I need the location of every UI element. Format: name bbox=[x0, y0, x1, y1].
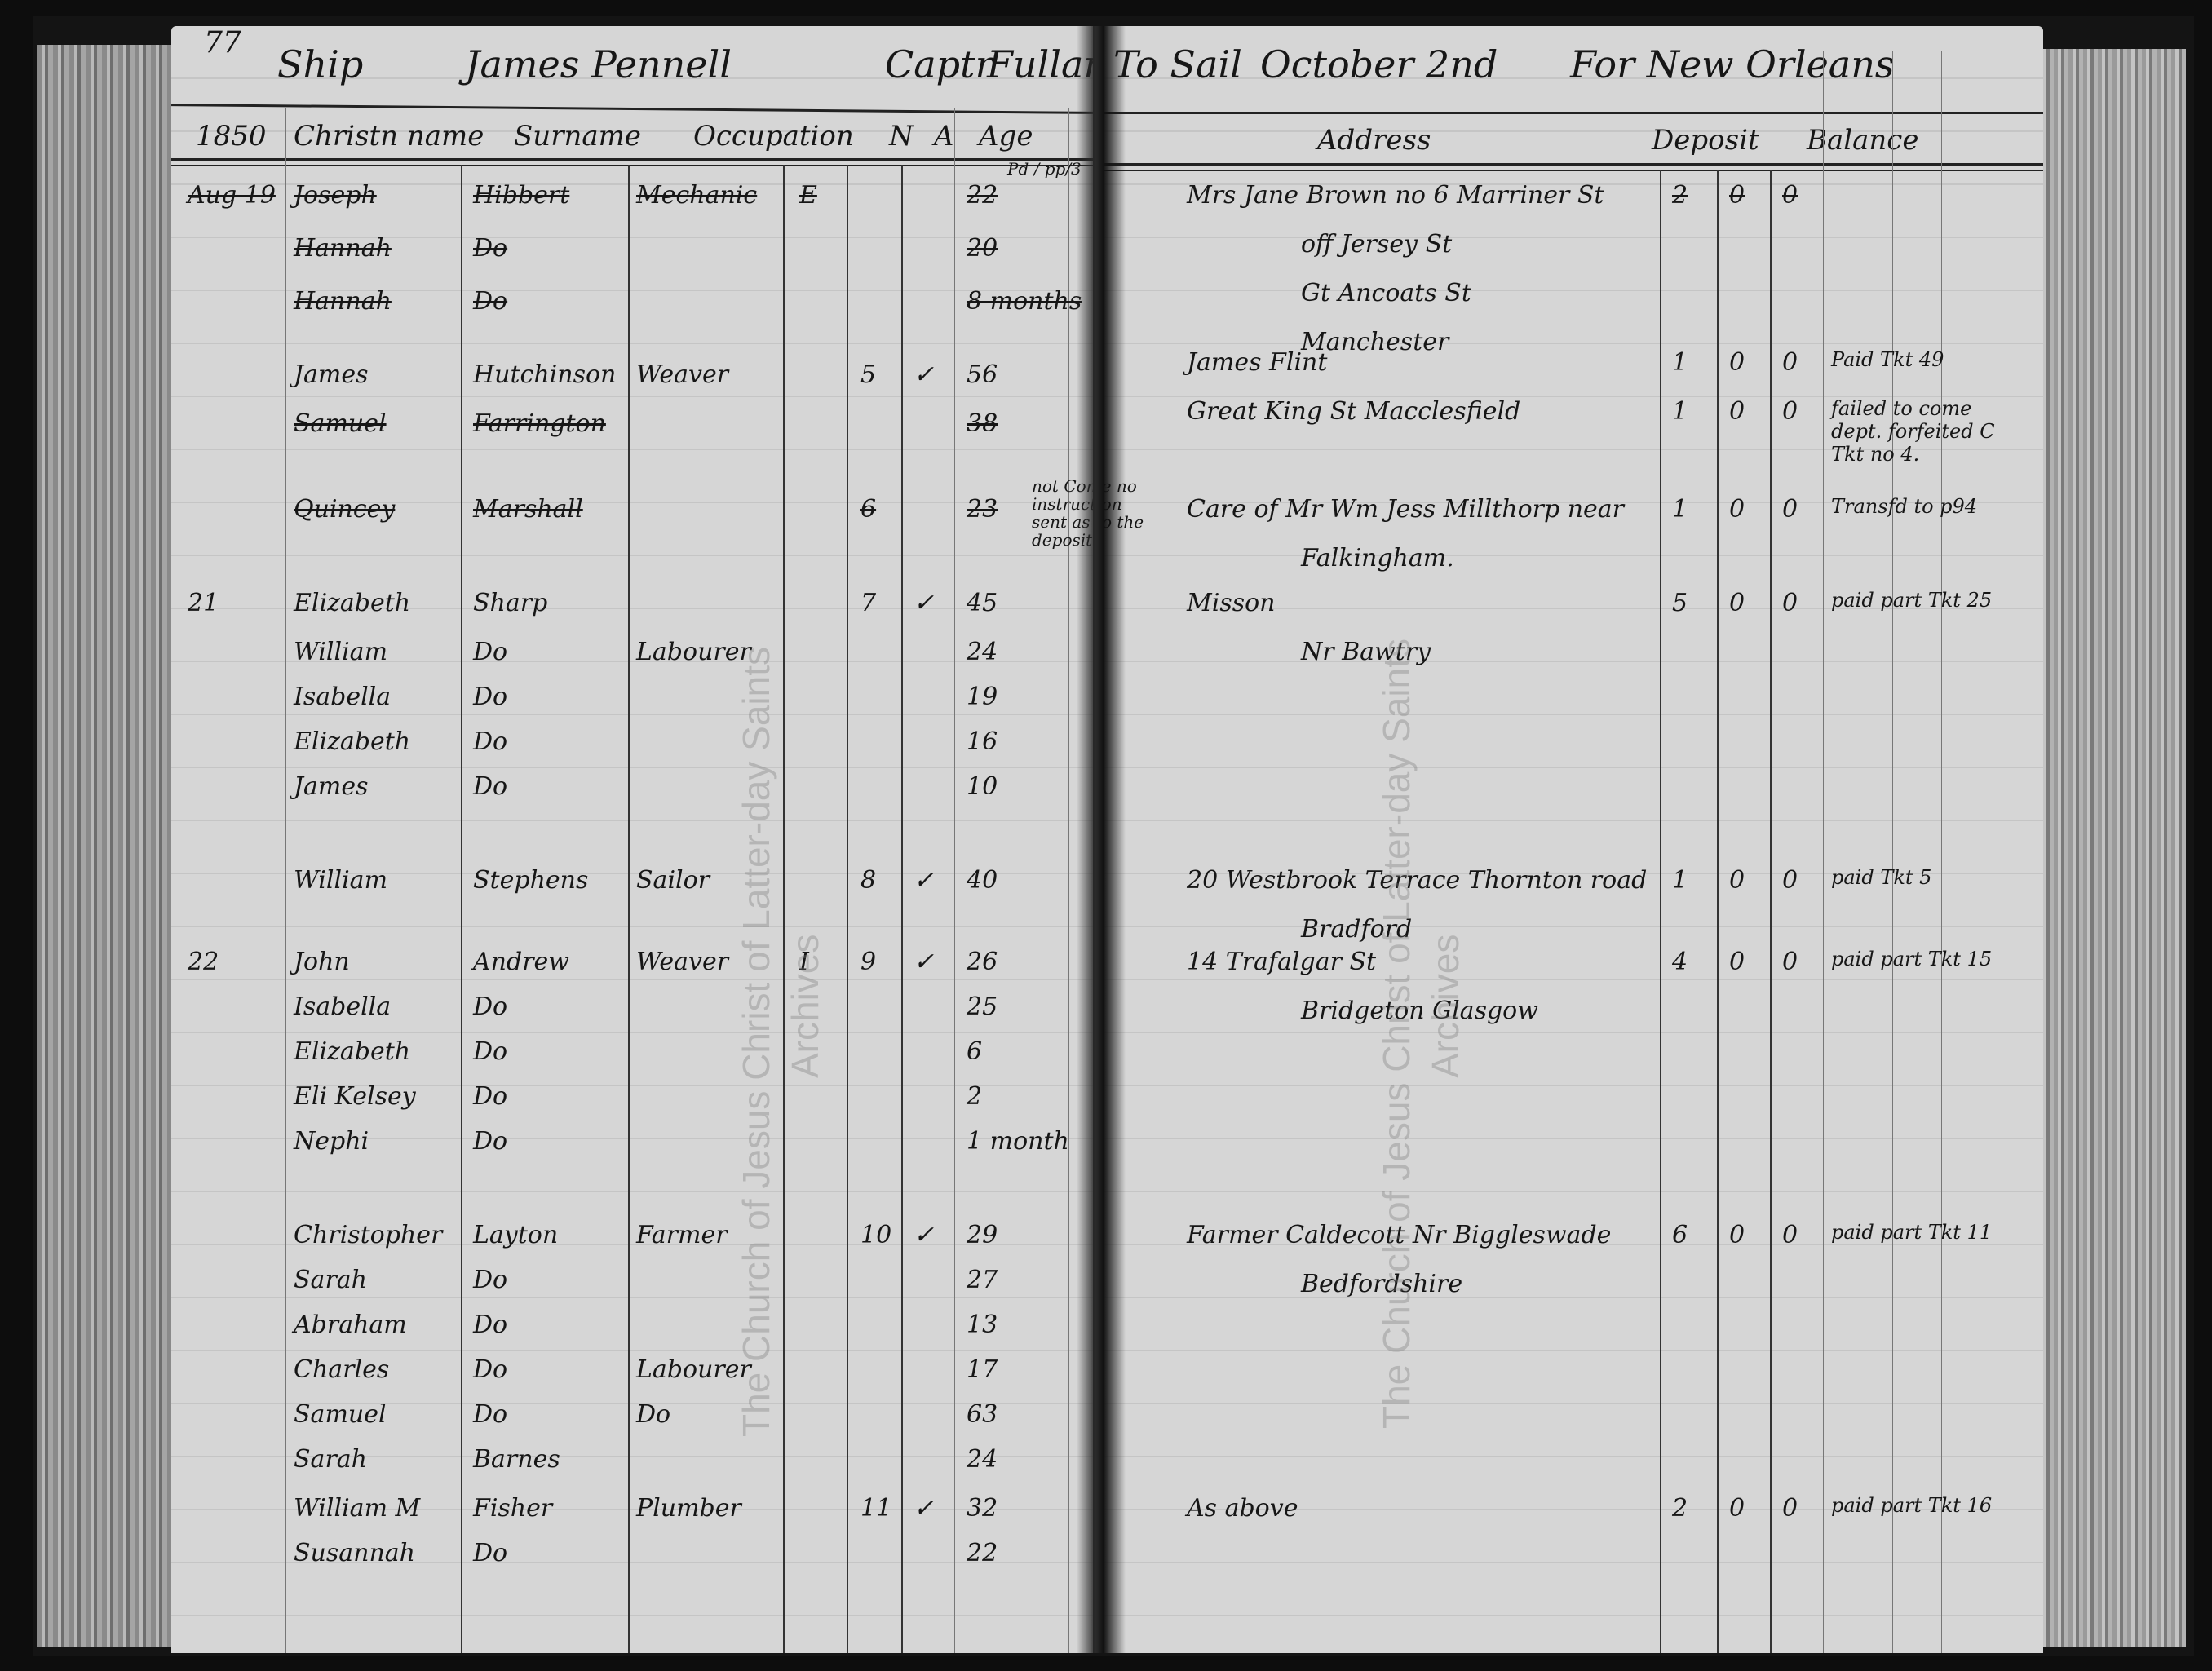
entry-check: ✓ bbox=[914, 360, 934, 389]
entry-christian-name: Susannah bbox=[294, 1539, 415, 1567]
address-line: Falkingham. bbox=[1301, 544, 1454, 572]
entry-ticket: 11 bbox=[860, 1494, 891, 1523]
entry-age: 16 bbox=[967, 727, 998, 756]
entry-surname: Do bbox=[473, 1266, 507, 1294]
col-age: Age bbox=[979, 120, 1033, 153]
col-divider bbox=[1660, 170, 1661, 1653]
entry-surname: Do bbox=[473, 992, 507, 1021]
entry-ticket: 8 bbox=[860, 866, 876, 895]
col-divider bbox=[901, 165, 903, 1653]
entry-age: 24 bbox=[967, 1445, 998, 1474]
entry-age: 17 bbox=[967, 1355, 998, 1384]
entry-ticket: 5 bbox=[860, 360, 876, 389]
entry-christian-name: William bbox=[294, 866, 387, 895]
entry-age: 24 bbox=[967, 638, 998, 666]
col-a: A bbox=[934, 120, 954, 153]
col-divider bbox=[1020, 108, 1020, 1653]
deposit-pounds: 1 bbox=[1672, 397, 1688, 426]
entry-surname: Barnes bbox=[473, 1445, 560, 1474]
entry-christian-name: Sarah bbox=[294, 1266, 367, 1294]
col-divider bbox=[461, 165, 462, 1653]
col-divider bbox=[1068, 108, 1069, 1653]
entry-occupation: Sailor bbox=[636, 866, 710, 895]
address-line: off Jersey St bbox=[1301, 230, 1452, 259]
col-surname: Surname bbox=[514, 120, 641, 153]
entry-christian-name: James bbox=[294, 772, 369, 801]
entry-surname: Do bbox=[473, 683, 507, 711]
entry-surname: Sharp bbox=[473, 589, 547, 617]
col-address: Address bbox=[1317, 124, 1431, 157]
deposit-pence: 0 bbox=[1782, 866, 1798, 895]
balance-note: paid part Tkt 15 bbox=[1831, 948, 2011, 970]
deposit-pence: 0 bbox=[1782, 397, 1798, 426]
entry-christian-name: Nephi bbox=[294, 1127, 369, 1156]
col-divider bbox=[1892, 51, 1893, 1653]
entry-christian-name: Samuel bbox=[294, 409, 387, 438]
col-divider bbox=[954, 108, 955, 1653]
entry-occupation: Weaver bbox=[636, 948, 728, 976]
entry-age: 25 bbox=[967, 992, 998, 1021]
entry-surname: Hutchinson bbox=[473, 360, 616, 389]
entry-check: ✓ bbox=[914, 948, 934, 976]
entry-age: 19 bbox=[967, 683, 998, 711]
entry-date: 21 bbox=[188, 589, 219, 617]
captain-label: Captn bbox=[885, 42, 999, 86]
entry-age: 22 bbox=[967, 1539, 998, 1567]
deposit-shillings: 0 bbox=[1729, 1494, 1745, 1523]
entry-occupation: Do bbox=[636, 1400, 670, 1429]
col-divider bbox=[1770, 170, 1772, 1653]
deposit-pence: 0 bbox=[1782, 495, 1798, 524]
ship-label: Ship bbox=[277, 42, 363, 86]
column-header-rule-2 bbox=[1097, 170, 2043, 171]
address-line: James Flint bbox=[1187, 348, 1327, 377]
col-divider bbox=[628, 165, 630, 1653]
entry-christian-name: Joseph bbox=[294, 181, 377, 210]
deposit-pence: 0 bbox=[1782, 589, 1798, 617]
entry-christian-name: John bbox=[294, 948, 350, 976]
entry-age: 22 bbox=[967, 181, 998, 210]
entry-christian-name: Isabella bbox=[294, 683, 391, 711]
col-divider bbox=[1823, 51, 1824, 1653]
entry-christian-name: Hannah bbox=[294, 287, 392, 316]
page-number: 77 bbox=[204, 26, 241, 60]
address-line: Misson bbox=[1187, 589, 1276, 617]
entry-occupation: Farmer bbox=[636, 1221, 728, 1249]
balance-note: Transfd to p94 bbox=[1831, 495, 2011, 518]
col-year: 1850 bbox=[196, 120, 267, 153]
entry-surname: Do bbox=[473, 1127, 507, 1156]
deposit-shillings: 0 bbox=[1729, 397, 1745, 426]
deposit-pounds: 1 bbox=[1672, 348, 1688, 377]
balance-note: paid part Tkt 11 bbox=[1831, 1221, 2011, 1244]
deposit-pounds: 5 bbox=[1672, 589, 1688, 617]
col-occupation: Occupation bbox=[693, 120, 854, 153]
deposit-pounds: 2 bbox=[1672, 1494, 1688, 1523]
col-divider bbox=[847, 165, 848, 1653]
entry-age: 63 bbox=[967, 1400, 998, 1429]
entry-age: 29 bbox=[967, 1221, 998, 1249]
entry-surname: Do bbox=[473, 1355, 507, 1384]
col-deposit: Deposit bbox=[1652, 124, 1759, 157]
entry-christian-name: Sarah bbox=[294, 1445, 367, 1474]
entry-age: 27 bbox=[967, 1266, 998, 1294]
entry-ticket: 7 bbox=[860, 589, 876, 617]
entry-age: 38 bbox=[967, 409, 998, 438]
entry-surname: Farrington bbox=[473, 409, 606, 438]
column-header-rule bbox=[1097, 163, 2043, 166]
entry-surname: Do bbox=[473, 1539, 507, 1567]
deposit-pence: 0 bbox=[1782, 348, 1798, 377]
entry-surname: Do bbox=[473, 772, 507, 801]
deposit-pence: 0 bbox=[1782, 1221, 1798, 1249]
entry-surname: Do bbox=[473, 234, 507, 263]
entry-christian-name: Quincey bbox=[294, 495, 395, 524]
entry-date: Aug 19 bbox=[188, 181, 276, 210]
entry-occupation: Plumber bbox=[636, 1494, 741, 1523]
entry-age: 8 months bbox=[967, 287, 1082, 316]
deposit-shillings: 0 bbox=[1729, 181, 1745, 210]
entry-check: ✓ bbox=[914, 1494, 934, 1523]
destination: For New Orleans bbox=[1570, 42, 1894, 86]
entry-christian-name: Hannah bbox=[294, 234, 392, 263]
sail-label: To Sail bbox=[1113, 42, 1242, 86]
entry-christian-name: Charles bbox=[294, 1355, 389, 1384]
deposit-shillings: 0 bbox=[1729, 1221, 1745, 1249]
sail-date: October 2nd bbox=[1260, 42, 1498, 86]
entry-age: 32 bbox=[967, 1494, 998, 1523]
entry-age: 40 bbox=[967, 866, 998, 895]
header-rule bbox=[1097, 112, 2043, 114]
balance-note: Paid Tkt 49 bbox=[1831, 348, 2011, 371]
entry-age: 26 bbox=[967, 948, 998, 976]
deposit-shillings: 0 bbox=[1729, 495, 1745, 524]
entry-surname: Do bbox=[473, 1082, 507, 1111]
entry-age: 6 bbox=[967, 1037, 982, 1066]
entry-christian-name: William M bbox=[294, 1494, 420, 1523]
page-edges-right bbox=[2039, 49, 2186, 1647]
deposit-pounds: 1 bbox=[1672, 495, 1688, 524]
entry-christian-name: Elizabeth bbox=[294, 589, 410, 617]
balance-note: paid part Tkt 25 bbox=[1831, 589, 2011, 612]
entry-check: ✓ bbox=[914, 589, 934, 617]
entry-surname: Do bbox=[473, 287, 507, 316]
entry-age: 2 bbox=[967, 1082, 982, 1111]
entry-ticket: 9 bbox=[860, 948, 876, 976]
col-divider bbox=[285, 108, 286, 1653]
entry-age: 23 bbox=[967, 495, 998, 524]
entry-christian-name: Eli Kelsey bbox=[294, 1082, 416, 1111]
address-line: 14 Trafalgar St bbox=[1187, 948, 1376, 976]
address-line: Bridgeton Glasgow bbox=[1301, 997, 1538, 1025]
entry-surname: Do bbox=[473, 727, 507, 756]
col-divider bbox=[783, 165, 785, 1653]
entry-age: 10 bbox=[967, 772, 998, 801]
col-n: N bbox=[889, 120, 914, 153]
entry-age: 56 bbox=[967, 360, 998, 389]
ship-name: James Pennell bbox=[465, 42, 732, 86]
balance-note: paid part Tkt 16 bbox=[1831, 1494, 2011, 1517]
address-line: Gt Ancoats St bbox=[1301, 279, 1471, 307]
col-christian-name: Christn name bbox=[294, 120, 484, 153]
watermark-archives: Archives bbox=[783, 935, 827, 1078]
right-page: To Sail October 2nd For New Orleans Addr… bbox=[1097, 26, 2043, 1653]
entry-age: 13 bbox=[967, 1311, 998, 1339]
entry-surname: Do bbox=[473, 638, 507, 666]
entry-surname: Stephens bbox=[473, 866, 588, 895]
deposit-shillings: 0 bbox=[1729, 348, 1745, 377]
address-line: Care of Mr Wm Jess Millthorp near bbox=[1187, 495, 1624, 524]
entry-surname: Do bbox=[473, 1400, 507, 1429]
book-gutter bbox=[1077, 26, 1126, 1653]
watermark: The Church of Jesus Christ of Latter-day… bbox=[1374, 639, 1418, 1429]
deposit-shillings: 0 bbox=[1729, 589, 1745, 617]
entry-christian-name: Elizabeth bbox=[294, 1037, 410, 1066]
entry-surname: Hibbert bbox=[473, 181, 569, 210]
entry-age: 20 bbox=[967, 234, 998, 263]
balance-note: failed to come dept. forfeited C Tkt no … bbox=[1831, 397, 2011, 466]
deposit-shillings: 0 bbox=[1729, 866, 1745, 895]
entry-christian-name: William bbox=[294, 638, 387, 666]
balance-note: paid Tkt 5 bbox=[1831, 866, 2011, 889]
entry-christian-name: Elizabeth bbox=[294, 727, 410, 756]
page-edges-left bbox=[37, 45, 175, 1647]
entry-occupation: Mechanic bbox=[636, 181, 757, 210]
entry-surname: Do bbox=[473, 1037, 507, 1066]
entry-surname: Andrew bbox=[473, 948, 569, 976]
watermark-archives: Archives bbox=[1423, 935, 1467, 1078]
col-divider bbox=[1717, 170, 1719, 1653]
deposit-pounds: 1 bbox=[1672, 866, 1688, 895]
entry-flag: E bbox=[799, 181, 817, 210]
entry-christian-name: James bbox=[294, 360, 369, 389]
entry-check: ✓ bbox=[914, 866, 934, 895]
col-divider bbox=[1175, 75, 1175, 1653]
entry-surname: Marshall bbox=[473, 495, 583, 524]
entry-ticket: 6 bbox=[860, 495, 876, 524]
deposit-pence: 0 bbox=[1782, 181, 1798, 210]
address-line: Mrs Jane Brown no 6 Marriner St bbox=[1187, 181, 1604, 210]
entry-surname: Layton bbox=[473, 1221, 558, 1249]
entry-age: 45 bbox=[967, 589, 998, 617]
deposit-pence: 0 bbox=[1782, 1494, 1798, 1523]
address-line: Great King St Macclesfield bbox=[1187, 397, 1520, 426]
entry-age: 1 month bbox=[967, 1127, 1069, 1156]
deposit-pounds: 2 bbox=[1672, 181, 1688, 210]
entry-surname: Fisher bbox=[473, 1494, 552, 1523]
entry-christian-name: Samuel bbox=[294, 1400, 387, 1429]
entry-christian-name: Isabella bbox=[294, 992, 391, 1021]
entry-check: ✓ bbox=[914, 1221, 934, 1249]
entry-christian-name: Christopher bbox=[294, 1221, 442, 1249]
entry-ticket: 10 bbox=[860, 1221, 891, 1249]
deposit-pounds: 6 bbox=[1672, 1221, 1688, 1249]
address-line: As above bbox=[1187, 1494, 1298, 1523]
col-divider bbox=[1126, 75, 1126, 1653]
entry-surname: Do bbox=[473, 1311, 507, 1339]
entry-date: 22 bbox=[188, 948, 219, 976]
entry-christian-name: Abraham bbox=[294, 1311, 407, 1339]
deposit-pounds: 4 bbox=[1672, 948, 1688, 976]
left-page: 77 Ship James Pennell Captn Fullarton 18… bbox=[171, 26, 1093, 1653]
watermark: The Church of Jesus Christ of Latter-day… bbox=[734, 647, 778, 1437]
deposit-shillings: 0 bbox=[1729, 948, 1745, 976]
col-divider bbox=[1941, 51, 1942, 1653]
deposit-pence: 0 bbox=[1782, 948, 1798, 976]
entry-occupation: Weaver bbox=[636, 360, 728, 389]
